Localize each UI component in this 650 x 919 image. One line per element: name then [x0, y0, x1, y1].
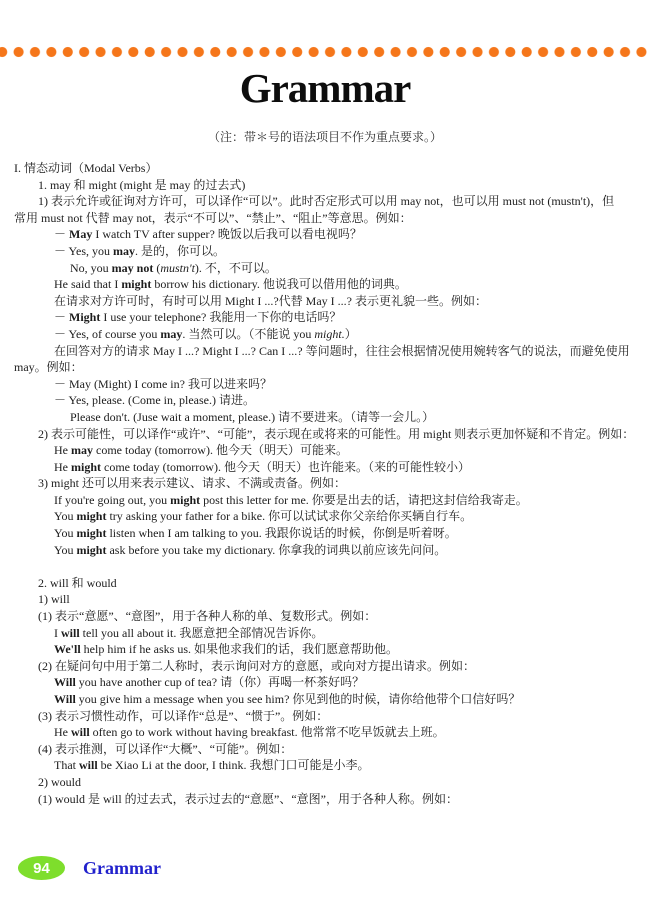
- text-line: － Yes, of course you may. 当然可以。（不能说 you …: [0, 326, 636, 343]
- text-line: Will you have another cup of tea? 请（你）再喝…: [0, 674, 636, 691]
- text-line: － May (Might) I come in? 我可以进来吗？: [0, 376, 636, 393]
- text-line: I will tell you all about it. 我愿意把全部情况告诉…: [0, 625, 636, 642]
- page-footer: 94 Grammar: [18, 856, 161, 880]
- text-line: 常用 must not 代替 may not，表示“不可以”、“禁止”、“阻止”…: [0, 210, 636, 227]
- text-line: － Might I use your telephone? 我能用一下你的电话吗…: [0, 309, 636, 326]
- page-number-badge: 94: [18, 856, 65, 880]
- text-line: 3) might 还可以用来表示建议、请求、不满或责备。例如：: [0, 475, 636, 492]
- grammar-content: I. 情态动词（Modal Verbs）1. may 和 might (migh…: [0, 160, 636, 807]
- title-note: （注：带＊号的语法项目不作为重点要求。）: [0, 128, 650, 145]
- text-line: 2) 表示可能性，可以译作“或许”、“可能”，表示现在或将来的可能性。用 mig…: [0, 426, 636, 443]
- text-line: 在回答对方的请求 May I ...? Might I ...? Can I .…: [0, 343, 636, 360]
- page-title: Grammar: [0, 64, 650, 112]
- text-line: (4) 表示推测，可以译作“大概”、“可能”。例如：: [0, 741, 636, 758]
- text-line: [0, 558, 636, 575]
- text-line: You might listen when I am talking to yo…: [0, 525, 636, 542]
- text-line: (1) 表示“意愿”、“意图”，用于各种人称的单、复数形式。例如：: [0, 608, 636, 625]
- text-line: Will you give him a message when you see…: [0, 691, 636, 708]
- text-line: － Yes, you may. 是的，你可以。: [0, 243, 636, 260]
- text-line: 2) would: [0, 774, 636, 791]
- text-line: 2. will 和 would: [0, 575, 636, 592]
- text-line: Please don't. (Juse wait a moment, pleas…: [0, 409, 636, 426]
- text-line: 在请求对方许可时，有时可以用 Might I ...?代替 May I ...?…: [0, 293, 636, 310]
- text-line: (2) 在疑问句中用于第二人称时，表示询问对方的意愿，或向对方提出请求。例如：: [0, 658, 636, 675]
- text-line: I. 情态动词（Modal Verbs）: [0, 160, 636, 177]
- text-line: 1. may 和 might (might 是 may 的过去式): [0, 177, 636, 194]
- text-line: (1) would 是 will 的过去式，表示过去的“意愿”、“意图”，用于各…: [0, 791, 636, 808]
- text-line: If you're going out, you might post this…: [0, 492, 636, 509]
- text-line: You might ask before you take my diction…: [0, 542, 636, 559]
- text-line: 1) will: [0, 591, 636, 608]
- text-line: (3) 表示习惯性动作，可以译作“总是”、“惯于”。例如：: [0, 708, 636, 725]
- text-line: He might come today (tomorrow). 他今天（明天）也…: [0, 459, 636, 476]
- text-line: 1) 表示允许或征询对方许可，可以译作“可以”。此时否定形式可以用 may no…: [0, 193, 636, 210]
- footer-section-title: Grammar: [83, 858, 161, 879]
- text-line: He may come today (tomorrow). 他今天（明天）可能来…: [0, 442, 636, 459]
- text-line: － Yes, please. (Come in, please.) 请进。: [0, 392, 636, 409]
- dotted-divider: [0, 46, 650, 58]
- text-line: No, you may not (mustn't). 不，不可以。: [0, 260, 636, 277]
- text-line: We'll help him if he asks us. 如果他求我们的话，我…: [0, 641, 636, 658]
- textbook-page: Grammar （注：带＊号的语法项目不作为重点要求。） I. 情态动词（Mod…: [0, 0, 650, 919]
- text-line: He will often go to work without having …: [0, 724, 636, 741]
- text-line: － May I watch TV after supper? 晚饭以后我可以看电…: [0, 226, 636, 243]
- text-line: You might try asking your father for a b…: [0, 508, 636, 525]
- text-line: may。例如：: [0, 359, 636, 376]
- text-line: That will be Xiao Li at the door, I thin…: [0, 757, 636, 774]
- text-line: He said that I might borrow his dictiona…: [0, 276, 636, 293]
